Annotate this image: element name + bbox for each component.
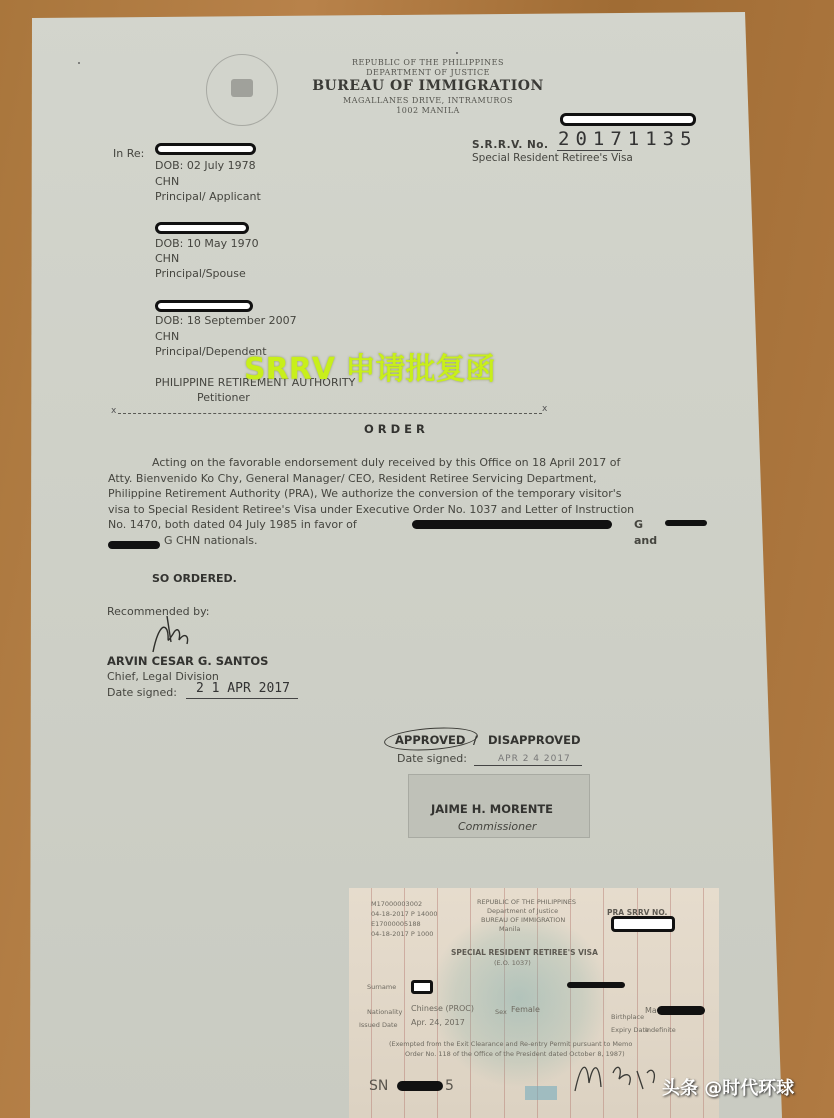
- visa-hdr2: Department of Justice: [487, 907, 558, 915]
- visa-hologram: [525, 1086, 557, 1100]
- approval-date-value: APR 2 4 2017: [498, 754, 571, 764]
- visa-code: M17000003002: [371, 900, 422, 908]
- letterhead-address1: MAGALLANES DRIVE, INTRAMUROS: [298, 96, 558, 105]
- visa-signature-icon: [571, 1053, 661, 1098]
- party1-nationality: CHN: [155, 175, 179, 188]
- party1-dob: DOB: 02 July 1978: [155, 159, 256, 172]
- so-ordered: SO ORDERED.: [152, 572, 237, 585]
- party1-role: Principal/ Applicant: [155, 190, 261, 203]
- petitioner-label: Petitioner: [197, 391, 250, 404]
- visa-expiry-label: Expiry Date: [611, 1026, 649, 1034]
- recommender-name: ARVIN CESAR G. SANTOS: [107, 654, 268, 668]
- visa-title: SPECIAL RESIDENT RETIREE'S VISA: [451, 948, 598, 957]
- visa-exempt-line1: (Exempted from the Exit Clearance and Re…: [389, 1040, 632, 1048]
- redaction-bar: [397, 1081, 443, 1091]
- visa-surname-label: Surname: [367, 983, 396, 991]
- party2-role: Principal/Spouse: [155, 267, 246, 280]
- divider-x-left: x: [111, 406, 116, 416]
- srrv-label: S.R.R.V. No.: [472, 139, 549, 151]
- recommender-date-label: Date signed:: [107, 686, 177, 699]
- order-line: Philippine Retirement Authority (PRA), W…: [108, 486, 668, 502]
- order-line: Atty. Bienvenido Ko Chy, General Manager…: [108, 471, 668, 487]
- order-title: ORDER: [364, 422, 429, 436]
- redaction-bar: [567, 982, 625, 988]
- letterhead-line2: DEPARTMENT OF JUSTICE: [298, 68, 558, 77]
- redaction-bar: [108, 541, 160, 549]
- visa-sex-label: Sex: [495, 1008, 507, 1016]
- visa-code: 04-18-2017 P 14000: [371, 910, 438, 918]
- visa-serial-label: SN: [369, 1078, 388, 1094]
- paper-speck: [456, 52, 458, 54]
- dashed-divider: [118, 413, 542, 414]
- visa-subtitle: (E.O. 1037): [494, 959, 531, 967]
- visa-expiry-value: Indefinite: [645, 1026, 676, 1034]
- redaction-bar: [611, 916, 675, 932]
- party3-dob: DOB: 18 September 2007: [155, 314, 297, 327]
- order-line-tail: G and: [634, 517, 668, 548]
- agency-name: BUREAU OF IMMIGRATION: [298, 78, 558, 94]
- visa-sex-value: Female: [511, 1005, 540, 1014]
- letterhead-address2: 1002 MANILA: [298, 106, 558, 115]
- source-watermark: 头条 @时代环球: [662, 1074, 794, 1100]
- redaction-bar: [155, 300, 253, 312]
- approval-date-label: Date signed:: [397, 752, 467, 765]
- srrv-description: Special Resident Retiree's Visa: [472, 152, 633, 164]
- srrv-number: 20171135: [558, 128, 698, 150]
- disapproved-label: DISAPPROVED: [488, 733, 581, 747]
- in-re-label: In Re:: [113, 147, 144, 160]
- redaction-bar: [411, 980, 433, 994]
- redaction-bar: [665, 520, 707, 526]
- party2-dob: DOB: 10 May 1970: [155, 237, 259, 250]
- redaction-bar: [657, 1006, 705, 1015]
- date-underline: [474, 765, 582, 766]
- visa-code: 04-18-2017 P 1000: [371, 930, 433, 938]
- commissioner-name: JAIME H. MORENTE: [431, 802, 553, 816]
- divider-x-right: x: [542, 404, 547, 414]
- paper-speck: [78, 62, 80, 64]
- document-paper: REPUBLIC OF THE PHILIPPINES DEPARTMENT O…: [0, 0, 834, 1118]
- party2-nationality: CHN: [155, 252, 179, 265]
- visa-hdr4: Manila: [499, 925, 520, 933]
- visa-code: E17000005188: [371, 920, 421, 928]
- order-body: Acting on the favorable endorsement duly…: [108, 455, 668, 548]
- signature-santos-icon: [145, 612, 195, 657]
- approval-separator: /: [473, 733, 477, 747]
- order-line: G CHN nationals.: [108, 533, 668, 549]
- overlay-caption: SRRV 申请批复函: [244, 344, 495, 388]
- redaction-bar: [412, 520, 612, 529]
- visa-hdr1: REPUBLIC OF THE PHILIPPINES: [477, 898, 576, 906]
- party3-nationality: CHN: [155, 330, 179, 343]
- date-underline: [186, 698, 298, 699]
- redaction-bar: [560, 113, 696, 126]
- visa-birthplace-label: Birthplace: [611, 1013, 644, 1021]
- recommender-date-value: 2 1 APR 2017: [196, 681, 290, 696]
- visa-serial-tail: 5: [445, 1078, 454, 1094]
- approved-label: APPROVED: [395, 733, 465, 747]
- order-line: visa to Special Resident Retiree's Visa …: [108, 502, 668, 518]
- srrv-underline: [557, 150, 622, 151]
- redaction-bar: [155, 222, 249, 234]
- bureau-seal-icon: [206, 54, 278, 126]
- redaction-bar: [155, 143, 256, 155]
- visa-nationality-value: Chinese (PROC): [411, 1004, 474, 1013]
- commissioner-title: Commissioner: [458, 820, 536, 833]
- visa-hdr3: BUREAU OF IMMIGRATION: [481, 916, 565, 924]
- order-line: Acting on the favorable endorsement duly…: [108, 455, 668, 471]
- visa-issued-label: Issued Date: [359, 1021, 398, 1029]
- visa-nationality-label: Nationality: [367, 1008, 402, 1016]
- letterhead-line1: REPUBLIC OF THE PHILIPPINES: [298, 58, 558, 67]
- visa-birthplace-value: Ma: [645, 1006, 657, 1015]
- order-line: No. 1470, both dated 04 July 1985 in fav…: [108, 518, 357, 531]
- visa-issued-value: Apr. 24, 2017: [411, 1018, 465, 1027]
